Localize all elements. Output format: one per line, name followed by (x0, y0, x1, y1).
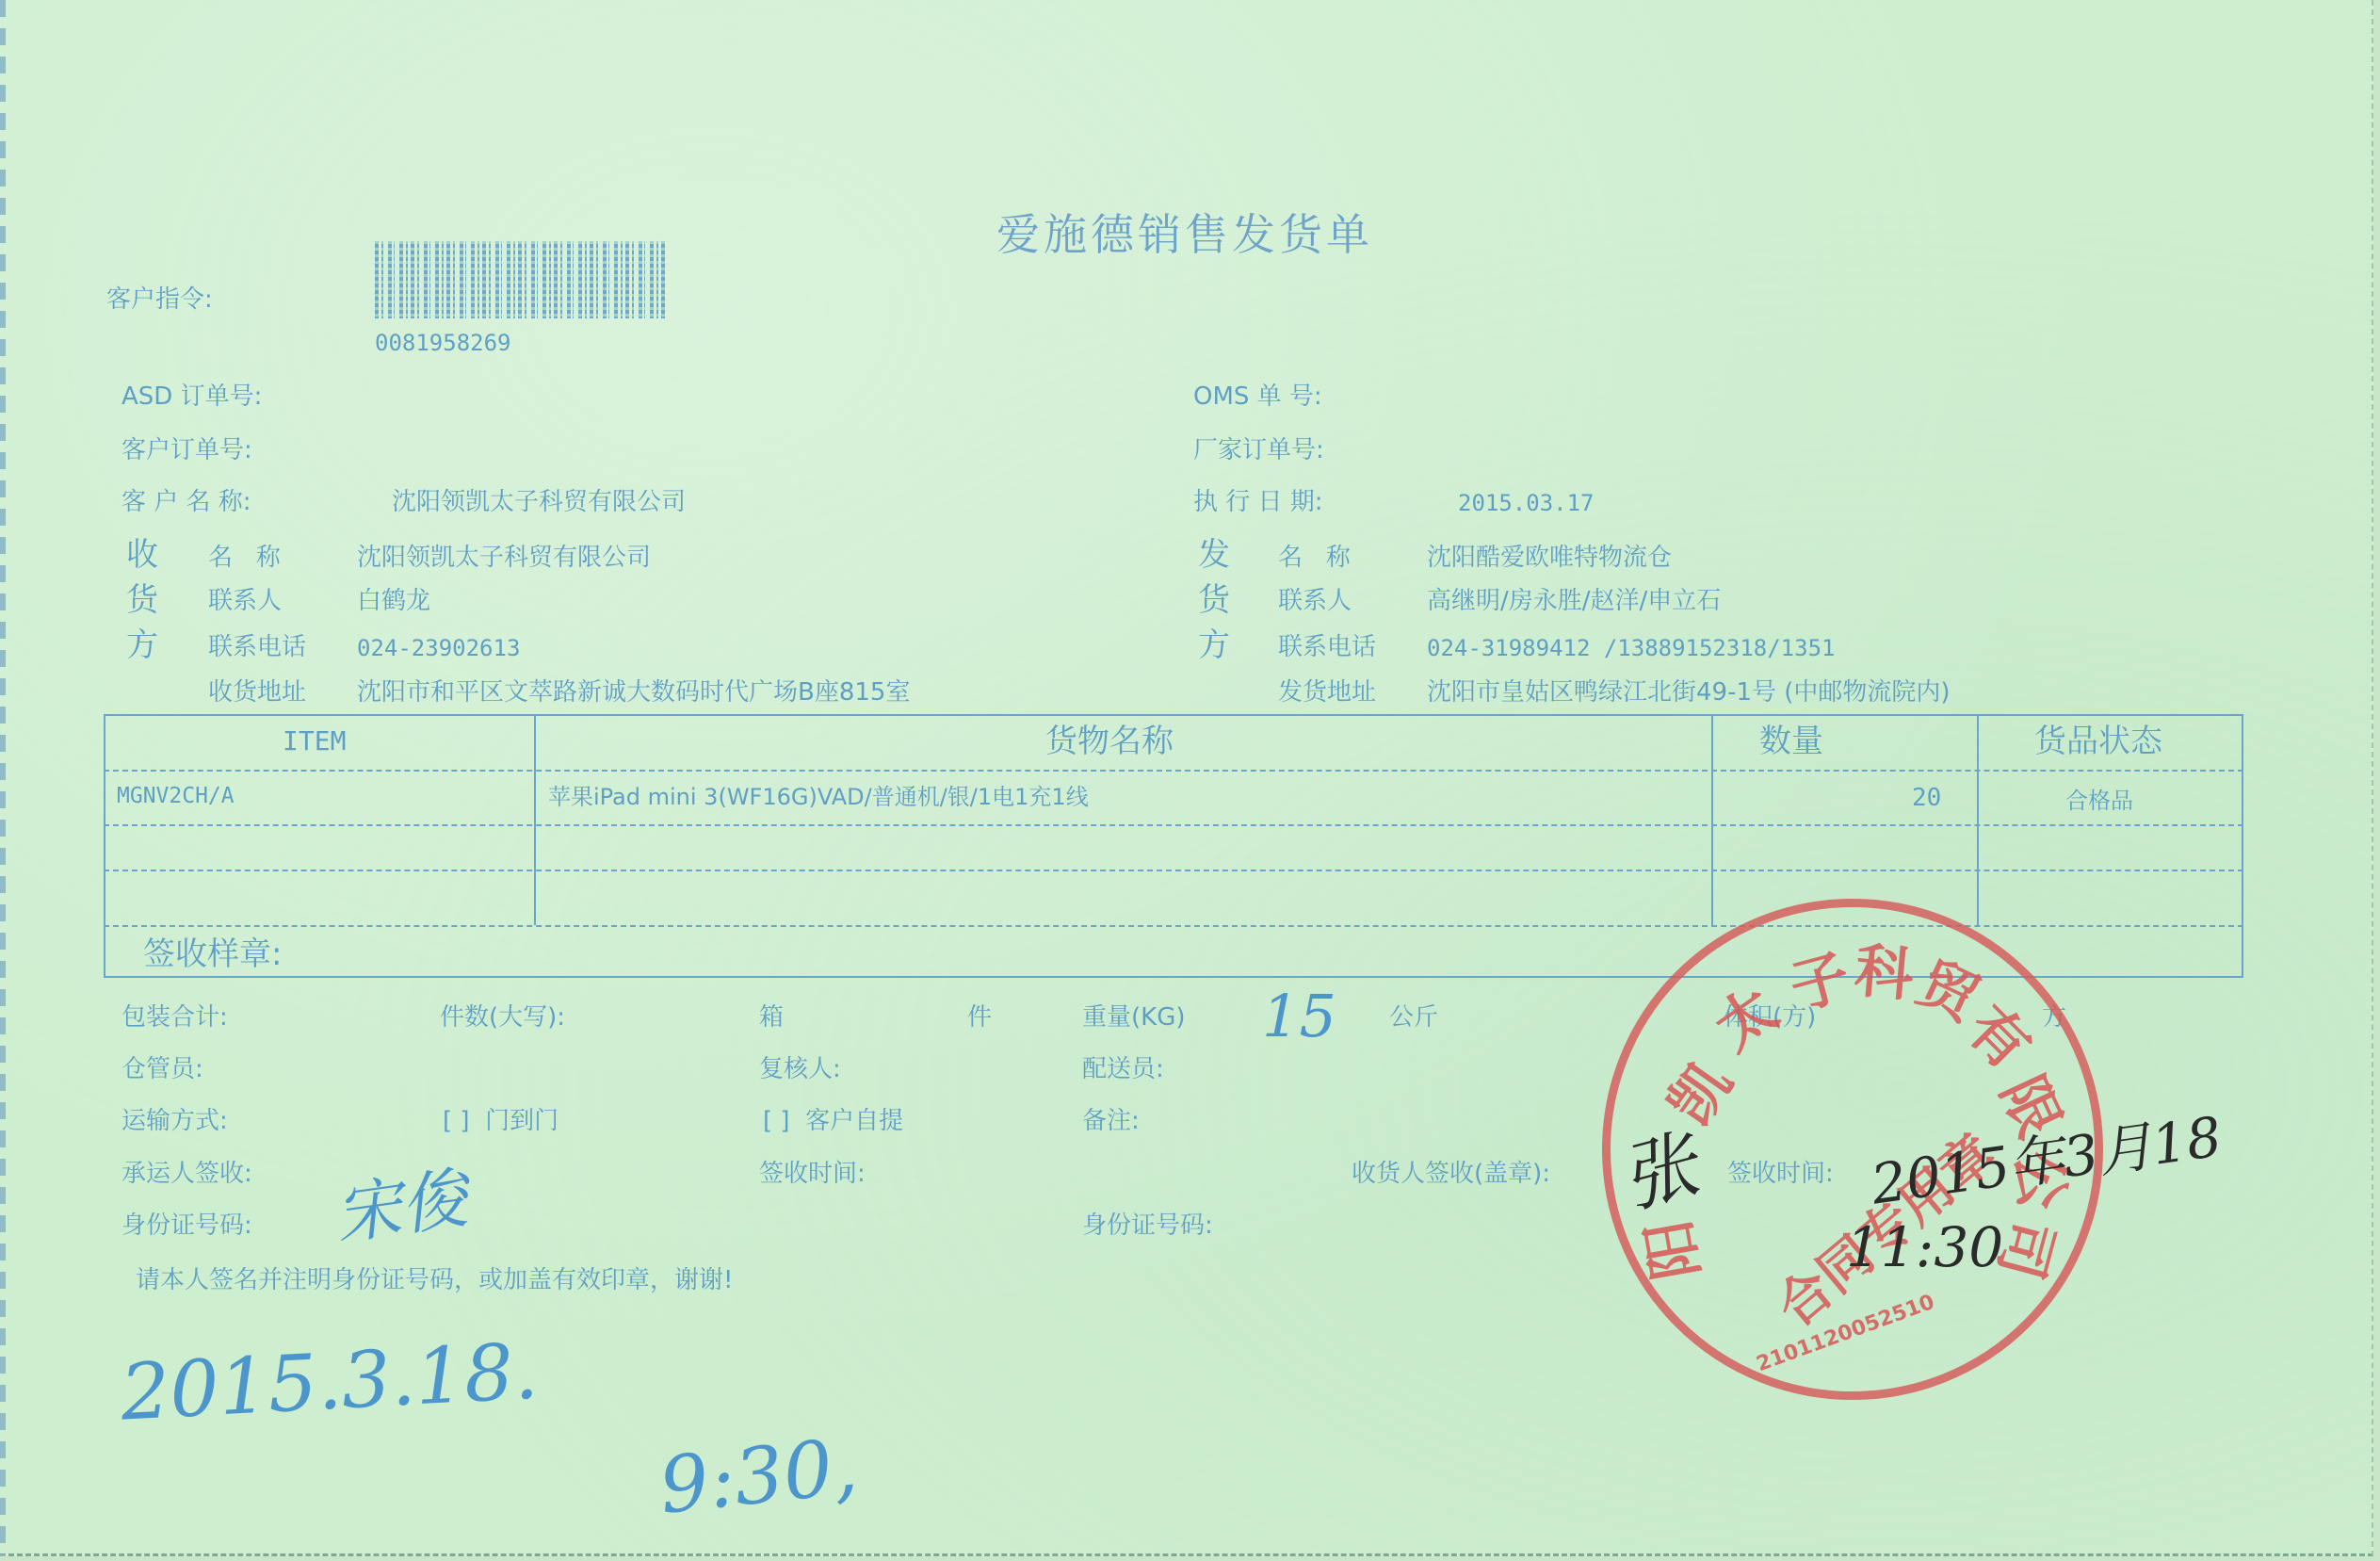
self-pickup-checkbox[interactable]: [ ] 客户自提 (763, 1109, 903, 1133)
column-header-name: 货物名称 (1045, 725, 1174, 757)
consignee-phone-label: 联系电话 (208, 635, 306, 659)
delivery-person-label: 配送员: (1082, 1057, 1164, 1081)
document-title: 爱施德销售发货单 (996, 213, 1373, 256)
carrier-sign-label: 承运人签收: (121, 1162, 252, 1186)
sign-sample-label: 签收样章: (143, 938, 282, 970)
shipper-side-char-2: 货 (1198, 584, 1230, 616)
consignee-name-label: 名 称 (208, 545, 281, 570)
shipper-address-label: 发货地址 (1278, 680, 1376, 705)
pieces-label: 件数(大写): (440, 1005, 565, 1030)
carrier-sign-time-label: 签收时间: (759, 1162, 866, 1186)
door-to-door-checkbox[interactable]: [ ] 门到门 (443, 1109, 559, 1133)
shipper-side-char-1: 发 (1198, 539, 1230, 571)
carrier-signature: 宋俊 (329, 1146, 473, 1259)
weight-value-handwritten: 15 (1262, 982, 1336, 1050)
column-header-qty: 数量 (1759, 725, 1823, 757)
consignee-side-char-2: 货 (126, 584, 158, 616)
column-divider (1711, 714, 1713, 925)
consignee-address-value: 沈阳市和平区文萃路新诚大数码时代广场B座815室 (357, 680, 910, 705)
consignee-address-label: 收货地址 (208, 680, 306, 705)
item-status: 合格品 (2065, 789, 2133, 812)
table-divider (104, 824, 2243, 826)
item-code: MGNV2CH/A (117, 786, 235, 807)
consignee-phone-value: 024-23902613 (357, 637, 520, 659)
shipper-side-char-3: 方 (1198, 629, 1230, 661)
consignee-contact-value: 白鹤龙 (357, 589, 430, 613)
column-header-item: ITEM (283, 728, 346, 755)
consignee-handwritten-time: 11:30 (1846, 1215, 2003, 1279)
shipper-name-label: 名 称 (1278, 545, 1351, 570)
table-divider (104, 770, 2243, 772)
transport-method-label: 运输方式: (121, 1109, 228, 1133)
asd-order-label: ASD 订单号: (121, 384, 262, 409)
item-qty: 20 (1912, 786, 1941, 810)
consignee-name-value: 沈阳领凯太子科贸有限公司 (357, 545, 651, 570)
column-header-status: 货品状态 (2034, 725, 2162, 757)
seal-char: 太 (1695, 964, 1791, 1065)
customer-instruction-label: 客户指令: (106, 287, 213, 312)
id-number-label-right: 身份证号码: (1082, 1213, 1213, 1238)
weight-unit: 公斤 (1389, 1005, 1438, 1030)
id-number-label-left: 身份证号码: (121, 1213, 252, 1238)
shipper-contact-label: 联系人 (1278, 589, 1352, 613)
package-total-label: 包装合计: (121, 1005, 228, 1030)
remark-label: 备注: (1082, 1109, 1140, 1133)
shipper-address-value: 沈阳市皇姑区鸭绿江北街49-1号 (中邮物流院内) (1427, 680, 1951, 705)
table-divider (104, 870, 2243, 871)
consignee-side-char-3: 方 (126, 629, 158, 661)
exec-date-value: 2015.03.17 (1458, 492, 1595, 514)
shipper-contact-value: 高继明/房永胜/赵洋/申立石 (1427, 589, 1721, 613)
consignee-sign-label: 收货人签收(盖章): (1352, 1162, 1550, 1186)
item-name: 苹果iPad mini 3(WF16G)VAD/普通机/银/1电1充1线 (548, 786, 1089, 808)
shipper-phone-label: 联系电话 (1278, 635, 1376, 659)
customer-order-label: 客户订单号: (121, 438, 252, 463)
barcode (375, 241, 665, 318)
exec-date-label: 执 行 日 期: (1193, 490, 1323, 514)
signature-notice: 请本人签名并注明身份证号码，或加盖有效印章，谢谢! (136, 1268, 733, 1293)
factory-order-label: 厂家订单号: (1193, 438, 1324, 463)
column-divider (1977, 714, 1979, 925)
perforation-strip (0, 0, 6, 1556)
consignee-side-char-1: 收 (126, 539, 158, 571)
rechecker-label: 复核人: (759, 1057, 841, 1081)
customer-name-value: 沈阳领凯太子科贸有限公司 (392, 490, 686, 514)
customer-name-label: 客 户 名 称: (121, 490, 251, 514)
column-divider (534, 714, 536, 925)
oms-number-label: OMS 单 号: (1193, 384, 1322, 409)
shipper-name-value: 沈阳酷爱欧唯特物流仓 (1427, 545, 1672, 570)
warehouse-keeper-label: 仓管员: (121, 1057, 203, 1081)
customer-instruction-number: 0081958269 (375, 332, 511, 354)
piece-unit-label: 件 (967, 1005, 992, 1030)
seal-char: 子 (1780, 929, 1858, 1025)
shipper-phone-value: 024-31989412 /13889152318/1351 (1427, 637, 1835, 659)
weight-label: 重量(KG) (1082, 1005, 1186, 1030)
consignee-contact-label: 联系人 (208, 589, 282, 613)
seal-char: 科 (1852, 923, 1918, 1012)
box-label: 箱 (759, 1005, 784, 1030)
